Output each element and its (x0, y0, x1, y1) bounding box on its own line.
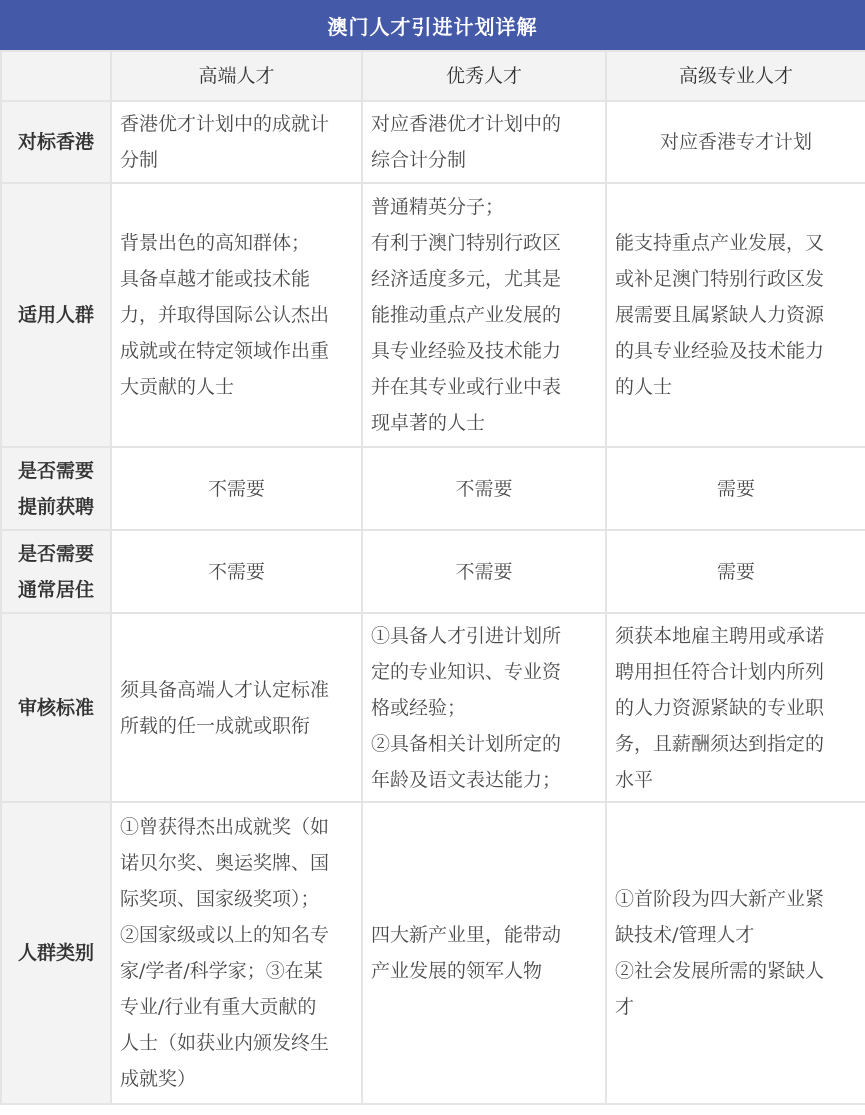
table-row-habitual-residence: 是否需要通常居住 不需要 不需要 需要 (1, 530, 865, 613)
row-label: 审核标准 (1, 613, 111, 802)
table-row-target-group: 适用人群 背景出色的高知群体； 具备卓越才能或技术能 力，并取得国际公认杰出 成… (1, 183, 865, 447)
table-cell: ①具备人才引进计划所 定的专业知识、专业资 格或经验； ②具备相关计划所定的 年… (362, 613, 606, 802)
table-cell: 能支持重点产业发展，又 或补足澳门特别行政区发 展需要且属紧缺人力资源 的具专业… (606, 183, 865, 447)
comparison-table: 高端人才 优秀人才 高级专业人才 对标香港 香港优才计划中的成就计分制 对应香港… (0, 50, 865, 1105)
header-row: 高端人才 优秀人才 高级专业人才 (1, 51, 865, 101)
header-excellent-talent: 优秀人才 (362, 51, 606, 101)
table-cell: 四大新产业里，能带动 产业发展的领军人物 (362, 802, 606, 1104)
row-label: 人群类别 (1, 802, 111, 1104)
table-cell: 需要 (606, 530, 865, 613)
header-corner (1, 51, 111, 101)
table-cell: ①首阶段为四大新产业紧 缺技术/管理人才 ②社会发展所需的紧缺人 才 (606, 802, 865, 1104)
row-label: 对标香港 (1, 101, 111, 183)
table-row-talent-category: 人群类别 ①曾获得杰出成就奖（如 诺贝尔奖、奥运奖牌、国 际奖项、国家级奖项）；… (1, 802, 865, 1104)
table-cell: 不需要 (111, 447, 362, 530)
header-high-end-talent: 高端人才 (111, 51, 362, 101)
table-row-hk-benchmark: 对标香港 香港优才计划中的成就计分制 对应香港优才计划中的综合计分制 对应香港专… (1, 101, 865, 183)
table-cell: 须获本地雇主聘用或承诺 聘用担任符合计划内所列 的人力资源紧缺的专业职 务，且薪… (606, 613, 865, 802)
table-title: 澳门人才引进计划详解 (0, 0, 865, 51)
table-cell: 对应香港优才计划中的综合计分制 (362, 101, 606, 183)
table-cell: 不需要 (111, 530, 362, 613)
row-label: 适用人群 (1, 183, 111, 447)
row-label: 是否需要通常居住 (1, 530, 111, 613)
header-senior-professional-talent: 高级专业人才 (606, 51, 865, 101)
table-cell: ①曾获得杰出成就奖（如 诺贝尔奖、奥运奖牌、国 际奖项、国家级奖项）； ②国家级… (111, 802, 362, 1104)
table-cell: 需要 (606, 447, 865, 530)
table-cell: 须具备高端人才认定标准 所载的任一成就或职衔 (111, 613, 362, 802)
row-label: 是否需要提前获聘 (1, 447, 111, 530)
table-cell: 不需要 (362, 447, 606, 530)
table-cell: 香港优才计划中的成就计分制 (111, 101, 362, 183)
table-cell: 背景出色的高知群体； 具备卓越才能或技术能 力，并取得国际公认杰出 成就或在特定… (111, 183, 362, 447)
table-row-prior-employment: 是否需要提前获聘 不需要 不需要 需要 (1, 447, 865, 530)
table-row-review-criteria: 审核标准 须具备高端人才认定标准 所载的任一成就或职衔 ①具备人才引进计划所 定… (1, 613, 865, 802)
table-cell: 不需要 (362, 530, 606, 613)
table-cell: 普通精英分子； 有利于澳门特别行政区 经济适度多元，尤其是 能推动重点产业发展的… (362, 183, 606, 447)
table-cell: 对应香港专才计划 (606, 101, 865, 183)
